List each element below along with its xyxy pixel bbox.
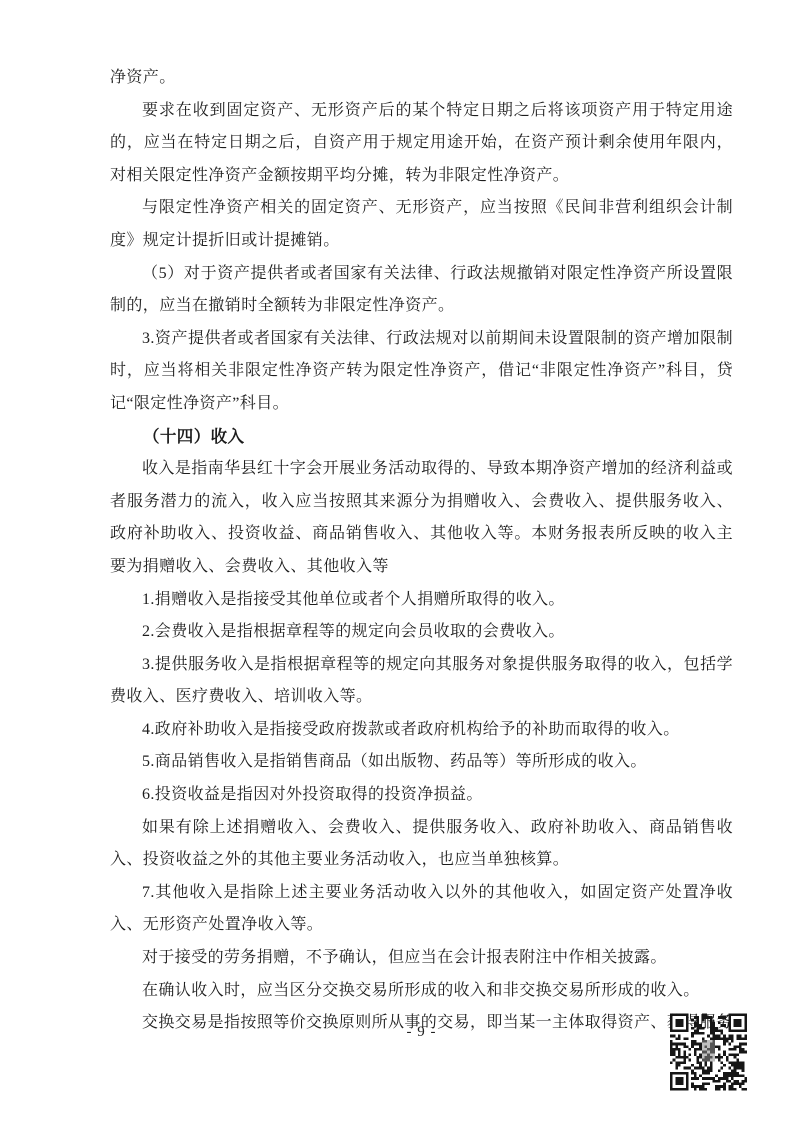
paragraph: 6.投资收益是指因对外投资取得的投资净损益。: [110, 779, 733, 812]
document-page: 净资产。 要求在收到固定资产、无形资产后的某个特定日期之后将该项资产用于特定用途…: [0, 0, 793, 1121]
paragraph: 4.政府补助收入是指接受政府拨款或者政府机构给予的补助而取得的收入。: [110, 714, 733, 747]
paragraph: （5）对于资产提供者或者国家有关法律、行政法规撤销对限定性净资产所设置限制的，应…: [110, 258, 733, 323]
page-number: - 9 -: [110, 1024, 733, 1041]
paragraph: 如果有除上述捐赠收入、会费收入、提供服务收入、政府补助收入、商品销售收入、投资收…: [110, 812, 733, 877]
paragraph-net-assets-continuation: 净资产。: [110, 62, 733, 95]
page-body: 净资产。 要求在收到固定资产、无形资产后的某个特定日期之后将该项资产用于特定用途…: [110, 62, 733, 1040]
section-heading-income: （十四）收入: [110, 421, 733, 454]
qr-code-icon: [670, 1013, 747, 1091]
paragraph: 3.资产提供者或者国家有关法律、行政法规对以前期间未设置限制的资产增加限制时，应…: [110, 323, 733, 421]
paragraph: 与限定性净资产相关的固定资产、无形资产，应当按照《民间非营利组织会计制度》规定计…: [110, 192, 733, 257]
paragraph: 要求在收到固定资产、无形资产后的某个特定日期之后将该项资产用于特定用途的，应当在…: [110, 95, 733, 193]
paragraph: 对于接受的劳务捐赠，不予确认，但应当在会计报表附注中作相关披露。: [110, 942, 733, 975]
paragraph: 1.捐赠收入是指接受其他单位或者个人捐赠所取得的收入。: [110, 584, 733, 617]
paragraph: 7.其他收入是指除上述主要业务活动收入以外的其他收入，如固定资产处置净收入、无形…: [110, 877, 733, 942]
paragraph: 收入是指南华县红十字会开展业务活动取得的、导致本期净资产增加的经济利益或者服务潜…: [110, 453, 733, 583]
paragraph: 5.商品销售收入是指销售商品（如出版物、药品等）等所形成的收入。: [110, 746, 733, 779]
paragraph: 在确认收入时，应当区分交换交易所形成的收入和非交换交易所形成的收入。: [110, 975, 733, 1008]
paragraph: 2.会费收入是指根据章程等的规定向会员收取的会费收入。: [110, 616, 733, 649]
paragraph: 3.提供服务收入是指根据章程等的规定向其服务对象提供服务取得的收入，包括学费收入…: [110, 649, 733, 714]
qr-code-image: [670, 1013, 747, 1091]
